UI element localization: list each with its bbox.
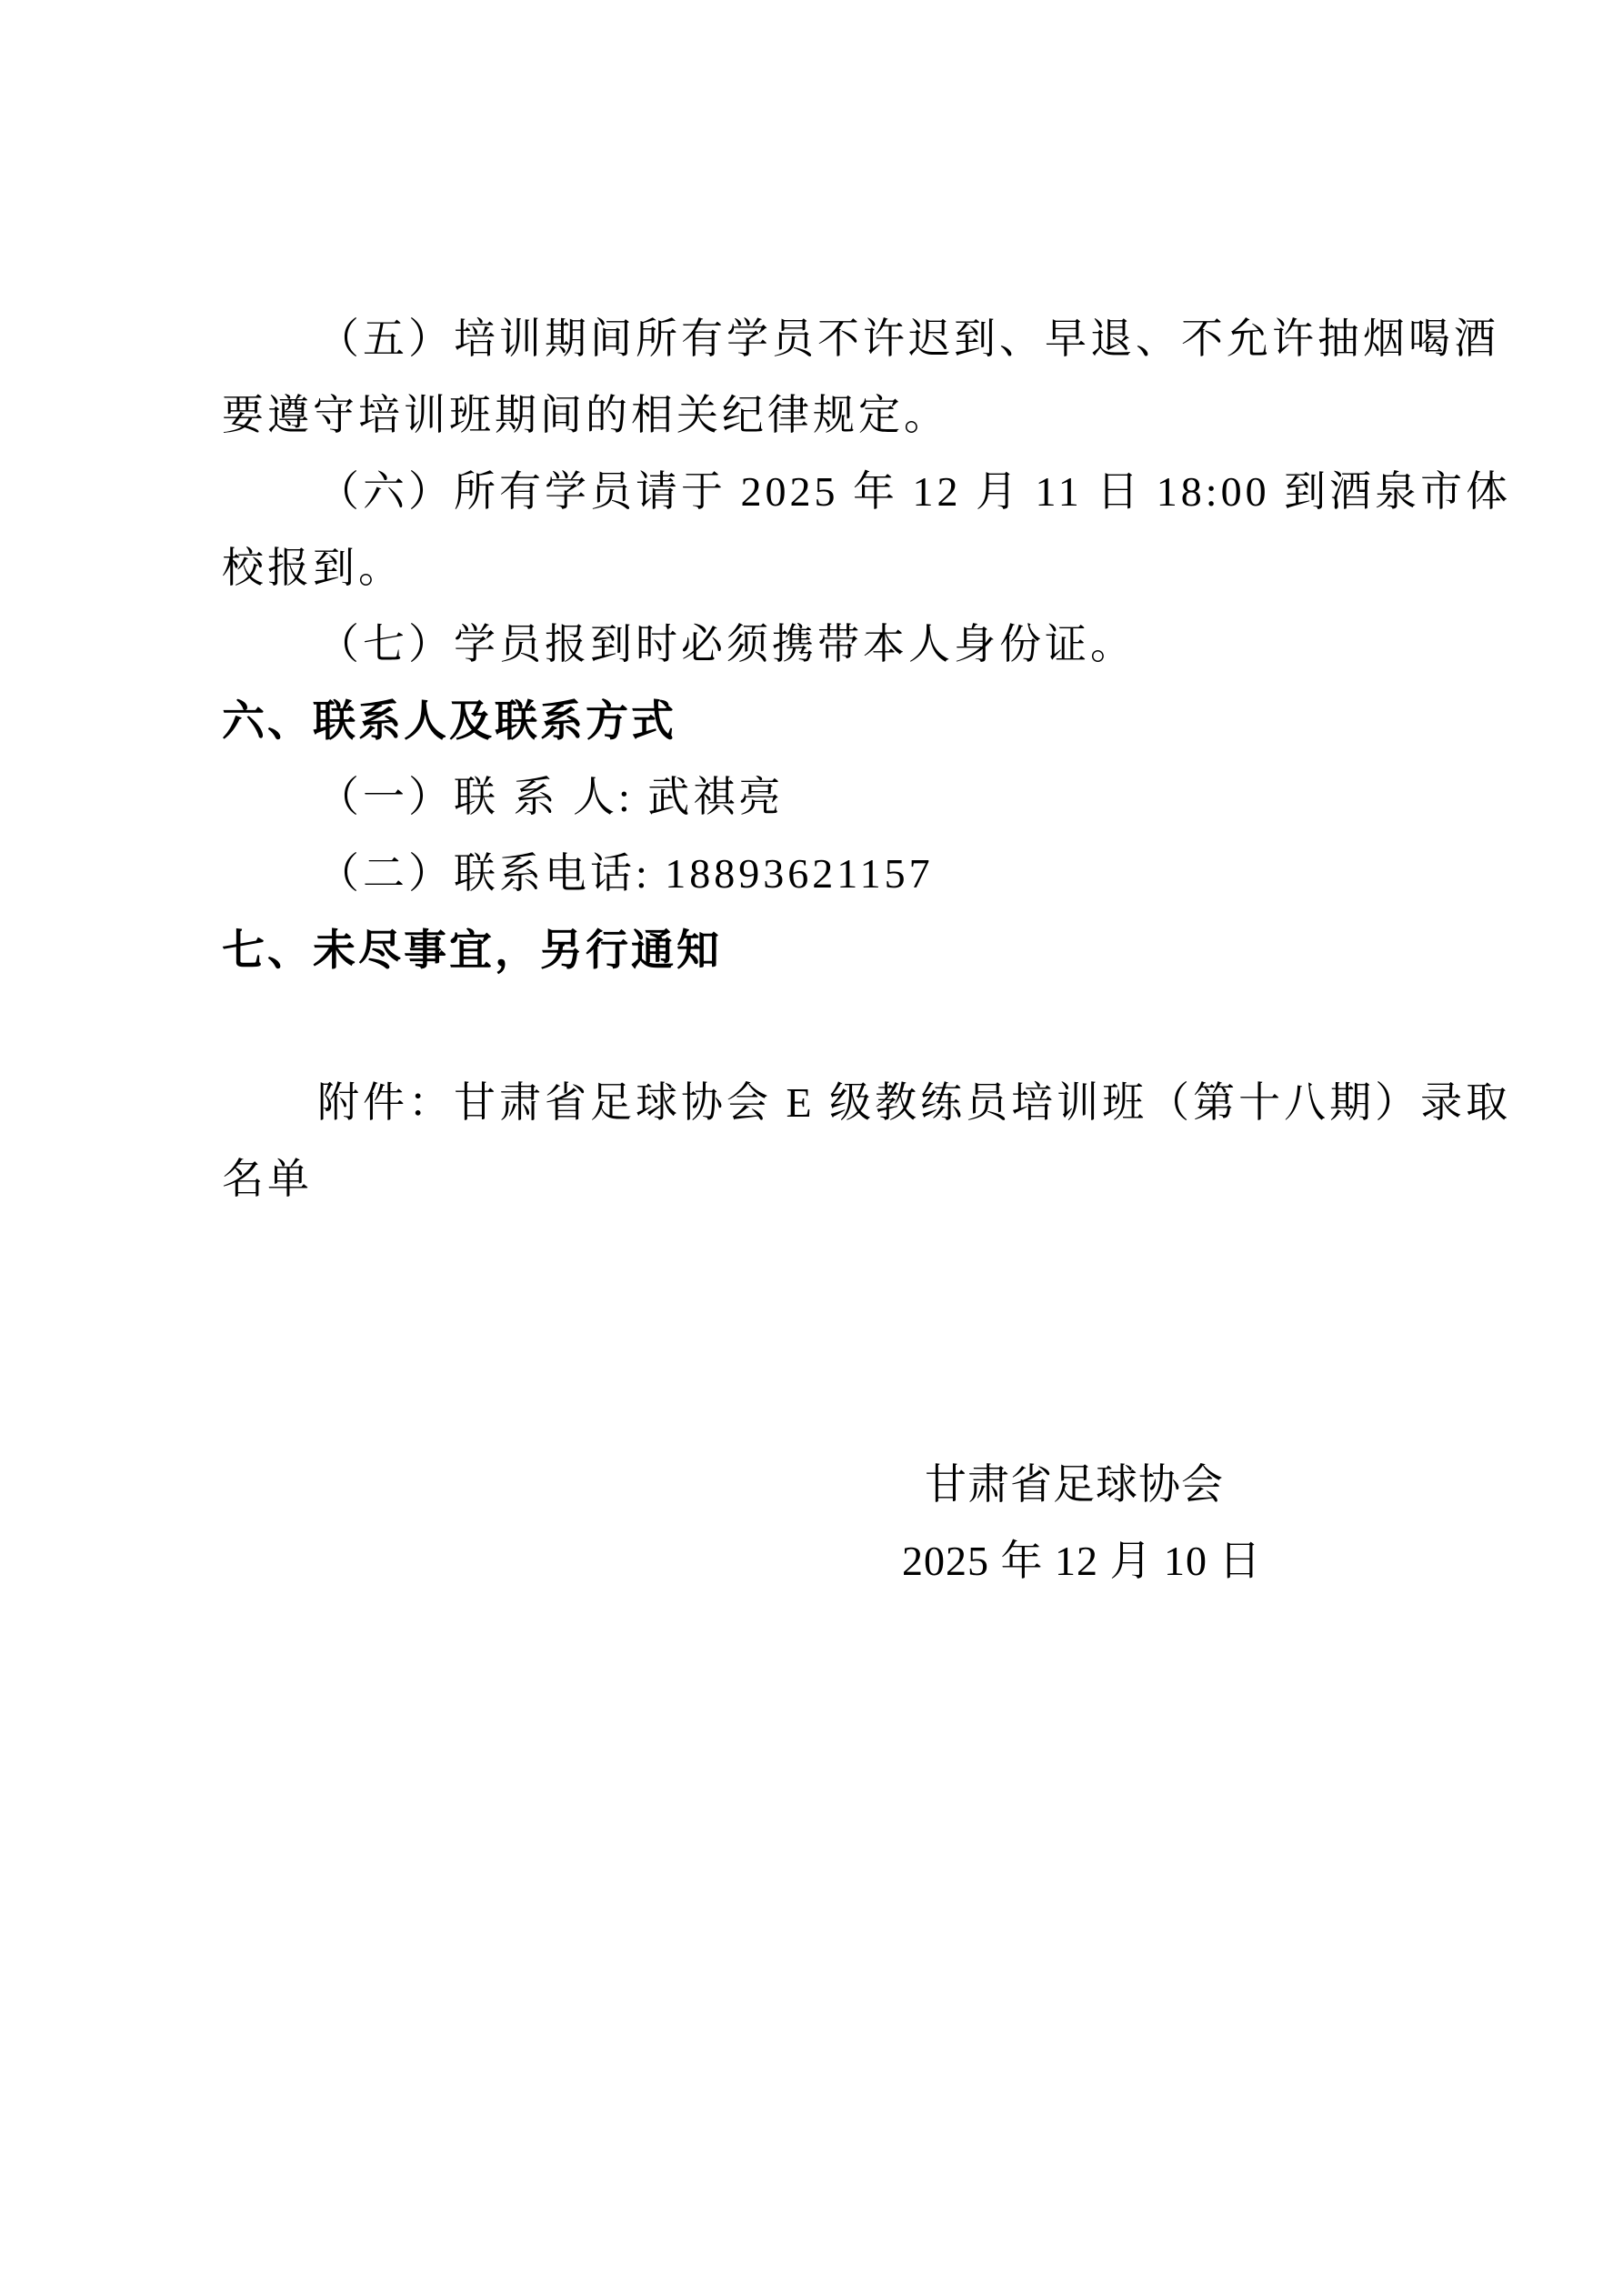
- contact-phone-line: （二）联系电话: 18893621157: [222, 836, 1431, 912]
- contact-person-line: （一）联 系 人: 武祺亮: [222, 759, 1431, 836]
- section-6-heading: 六、联系人及联系方式: [222, 683, 1431, 759]
- blank-line: [222, 1294, 1431, 1370]
- blank-line: [222, 988, 1431, 1065]
- rule-6-line-2: 校报到。: [222, 530, 1431, 607]
- signature-date: 2025 年 12 月 10 日: [222, 1523, 1431, 1599]
- blank-line: [222, 1218, 1431, 1294]
- rule-5-line-2: 要遵守培训班期间的相关纪律规定。: [222, 377, 1431, 454]
- blank-line: [222, 1370, 1431, 1447]
- attachment-line-1: 附件：甘肃省足球协会 E 级教练员培训班（第十八期）录取: [222, 1065, 1431, 1141]
- document-page: （五）培训期间所有学员不许迟到、早退、不允许抽烟喝酒 要遵守培训班期间的相关纪律…: [0, 0, 1623, 2296]
- document-body: （五）培训期间所有学员不许迟到、早退、不允许抽烟喝酒 要遵守培训班期间的相关纪律…: [222, 301, 1431, 1599]
- rule-6-line-1: （六）所有学员请于 2025 年 12 月 11 日 18:00 到酒泉市体: [222, 454, 1431, 530]
- rule-5-line-1: （五）培训期间所有学员不许迟到、早退、不允许抽烟喝酒: [222, 301, 1431, 377]
- signature-org: 甘肃省足球协会: [222, 1447, 1431, 1523]
- attachment-line-2: 名单: [222, 1141, 1431, 1218]
- section-7-heading: 七、未尽事宜，另行通知: [222, 912, 1431, 988]
- rule-7-line: （七）学员报到时必须携带本人身份证。: [222, 607, 1431, 683]
